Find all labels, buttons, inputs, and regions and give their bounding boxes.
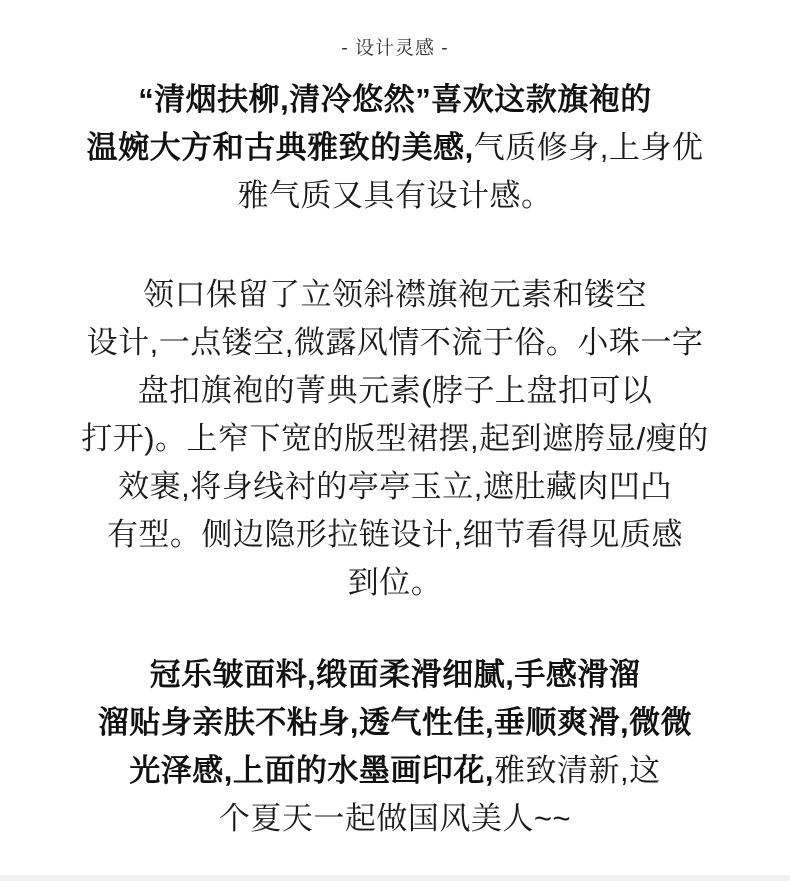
text-line: 到位。 [0,559,790,607]
text-segment: 光泽感,上面的水墨画印花, [129,753,494,788]
text-segment: 气质修身,上身优 [474,130,704,165]
text-line: 冠乐皱面料,缎面柔滑细腻,手感滑溜 [0,651,790,699]
text-line: 打开)。上窄下宽的版型裙摆,起到遮胯显/瘦的 [0,415,790,463]
text-line: 有型。侧边隐形拉链设计,细节看得见质感 [0,511,790,559]
text-segment: 雅气质又具有设计感。 [238,178,553,213]
text-segment: 盘扣旗袍的菁典元素(脖子上盘扣可以 [138,373,653,408]
text-segment: 设计,一点镂空,微露风情不流于俗。小珠一字 [87,325,704,360]
paragraph-collar-design: 领口保留了立领斜襟旗袍元素和镂空 设计,一点镂空,微露风情不流于俗。小珠一字 盘… [0,271,790,607]
text-segment: 雅致清新,这 [494,753,661,788]
text-line: 光泽感,上面的水墨画印花,雅致清新,这 [0,747,790,795]
paragraph-intro: “清烟扶柳,清冷悠然”喜欢这款旗袍的 温婉大方和古典雅致的美感,气质修身,上身优… [0,76,790,220]
text-line: 设计,一点镂空,微露风情不流于俗。小珠一字 [0,319,790,367]
text-line: 领口保留了立领斜襟旗袍元素和镂空 [0,271,790,319]
text-segment: 溜贴身亲肤不粘身,透气性佳,垂顺爽滑,微微 [98,705,692,740]
text-segment: 温婉大方和古典雅致的美感, [87,130,474,165]
text-segment: “清烟扶柳,清冷悠然”喜欢这款旗袍的 [138,82,652,117]
text-line: “清烟扶柳,清冷悠然”喜欢这款旗袍的 [0,76,790,124]
paragraph-fabric: 冠乐皱面料,缎面柔滑细腻,手感滑溜 溜贴身亲肤不粘身,透气性佳,垂顺爽滑,微微 … [0,651,790,843]
text-line: 温婉大方和古典雅致的美感,气质修身,上身优 [0,124,790,172]
text-line: 效裹,将身线衬的亭亭玉立,遮肚藏肉凹凸 [0,463,790,511]
text-segment: 个夏天一起做国风美人~~ [219,801,571,836]
text-segment: 领口保留了立领斜襟旗袍元素和镂空 [143,277,647,312]
text-line: 雅气质又具有设计感。 [0,172,790,220]
text-line: 盘扣旗袍的菁典元素(脖子上盘扣可以 [0,367,790,415]
text-segment: 冠乐皱面料,缎面柔滑细腻,手感滑溜 [150,657,641,692]
text-segment: 到位。 [348,565,443,600]
section-header: - 设计灵感 - [0,0,790,60]
text-line: 溜贴身亲肤不粘身,透气性佳,垂顺爽滑,微微 [0,699,790,747]
design-inspiration-page: - 设计灵感 - “清烟扶柳,清冷悠然”喜欢这款旗袍的 温婉大方和古典雅致的美感… [0,0,790,881]
text-segment: 有型。侧边隐形拉链设计,细节看得见质感 [107,517,683,552]
section-header-label: - 设计灵感 - [341,38,448,59]
text-segment: 效裹,将身线衬的亭亭玉立,遮肚藏肉凹凸 [118,469,672,504]
bottom-divider [0,875,790,881]
text-line: 个夏天一起做国风美人~~ [0,795,790,843]
text-segment: 打开)。上窄下宽的版型裙摆,起到遮胯显/瘦的 [81,421,709,456]
